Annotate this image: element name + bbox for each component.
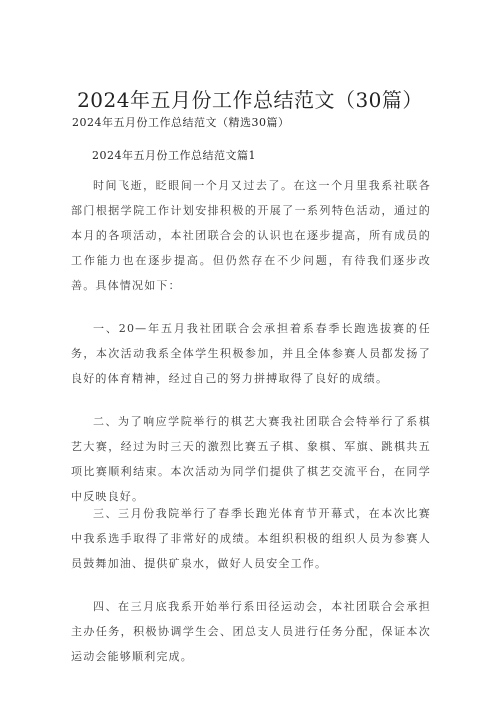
document-title: 2024年五月份工作总结范文（30篇） — [0, 84, 500, 113]
paragraph-item-2: 二、为了响应学院举行的棋艺大赛我社团联合会特举行了系棋艺大赛，经过为时三天的激烈… — [71, 409, 431, 509]
document-subtitle: 2024年五月份工作总结范文（精选30篇） — [72, 114, 290, 130]
paragraph-item-4: 四、在三月底我系开始举行系田径运动会，本社团联合会承担主办任务，积极协调学生会、… — [71, 594, 431, 669]
document-page: 2024年五月份工作总结范文（30篇） 2024年五月份工作总结范文（精选30篇… — [0, 0, 500, 707]
paragraph-item-3: 三、三月份我院举行了春季长跑光体育节开幕式，在本次比赛中我系选手取得了非常好的成… — [71, 501, 431, 576]
paragraph-item-1: 一、20—年五月我社团联合会承担着系春季长跑选拔赛的任务，本次活动我系全体学生积… — [71, 316, 431, 391]
section-heading: 2024年五月份工作总结范文篇1 — [92, 147, 256, 163]
paragraph-intro: 时间飞逝，眨眼间一个月又过去了。在这一个月里我系社联各部门根据学院工作计划安排积… — [71, 173, 431, 298]
